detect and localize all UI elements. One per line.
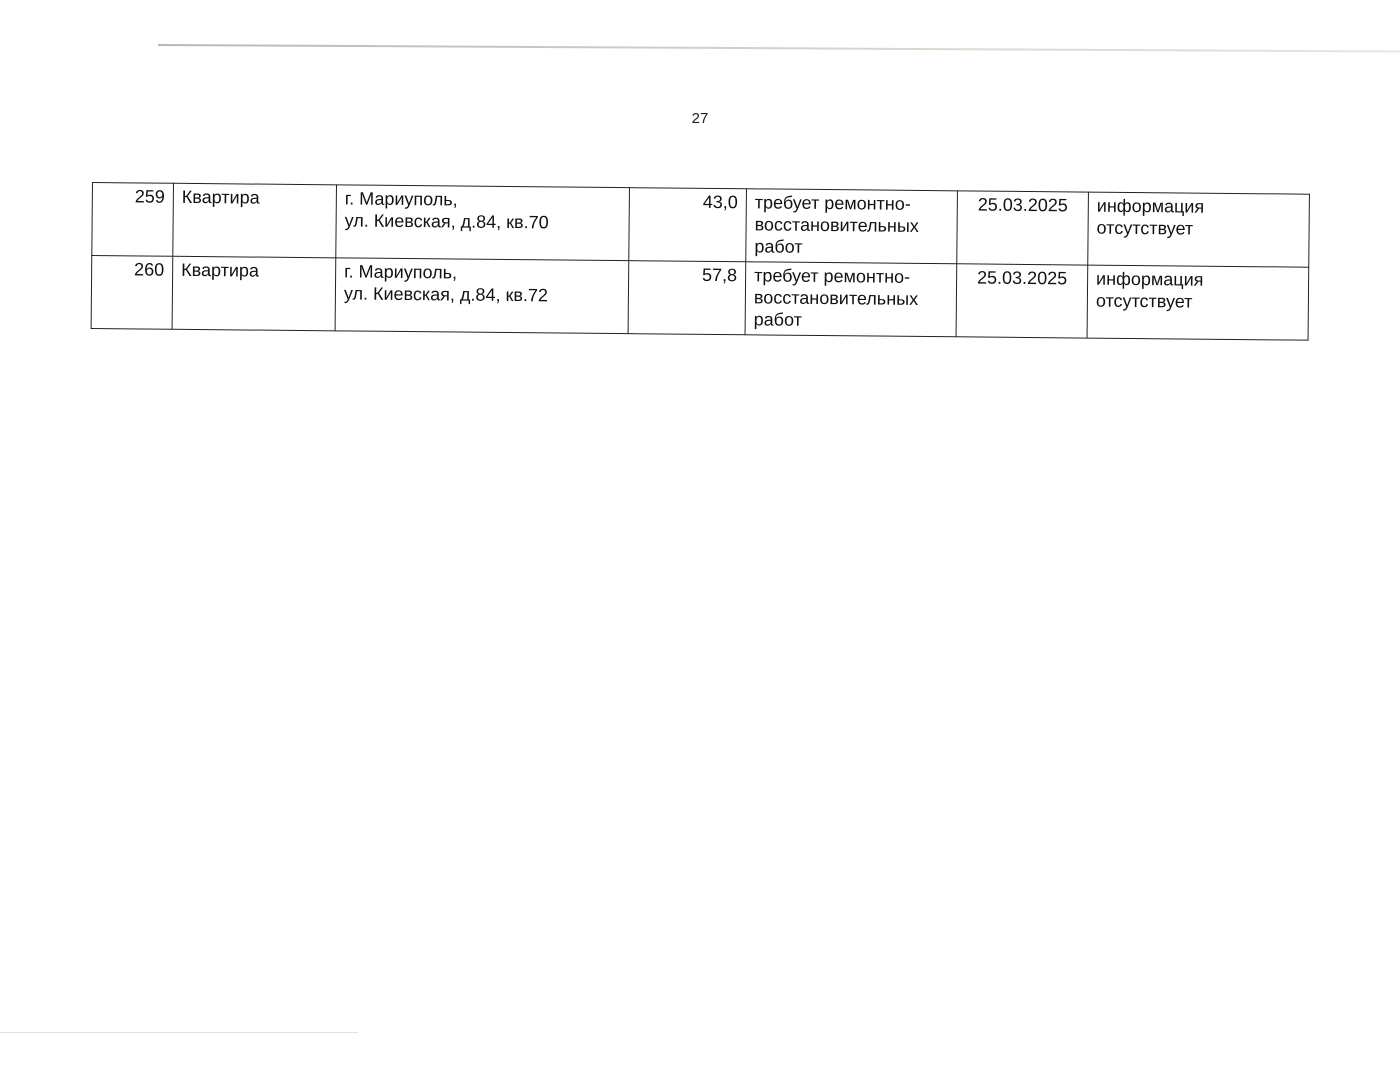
page-number: 27: [0, 110, 1400, 127]
table-row: 260 Квартира г. Мариуполь, ул. Киевская,…: [91, 256, 1309, 341]
address-city: г. Мариуполь,: [344, 260, 620, 285]
cell-condition: требует ремонтно- восстановительных рабо…: [745, 262, 957, 337]
cell-address: г. Мариуполь, ул. Киевская, д.84, кв.70: [336, 185, 630, 261]
cell-property-type: Квартира: [173, 183, 337, 258]
address-street: ул. Киевская, д.84, кв.72: [344, 282, 620, 307]
cell-info: информация отсутствует: [1087, 265, 1309, 340]
table-row: 259 Квартира г. Мариуполь, ул. Киевская,…: [92, 183, 1310, 268]
address-street: ул. Киевская, д.84, кв.70: [345, 209, 621, 234]
condition-line: требует ремонтно-: [754, 264, 948, 288]
condition-line: восстановительных: [755, 213, 949, 237]
condition-line: восстановительных: [754, 286, 948, 310]
cell-date: 25.03.2025: [957, 191, 1089, 265]
condition-line: работ: [754, 308, 948, 332]
condition-line: требует ремонтно-: [755, 191, 949, 215]
info-line: информация: [1096, 268, 1300, 292]
cell-condition: требует ремонтно- восстановительных рабо…: [746, 189, 958, 264]
scan-edge-top: [158, 44, 1400, 53]
info-line: отсутствует: [1096, 290, 1300, 314]
scan-edge-bottom: [0, 1032, 358, 1033]
registry-table-container: 259 Квартира г. Мариуполь, ул. Киевская,…: [91, 182, 1310, 341]
cell-area: 57,8: [628, 261, 746, 335]
cell-info: информация отсутствует: [1088, 192, 1310, 267]
cell-number: 259: [92, 183, 174, 257]
cell-property-type: Квартира: [172, 256, 336, 331]
info-line: информация: [1097, 195, 1301, 219]
registry-table: 259 Квартира г. Мариуполь, ул. Киевская,…: [91, 182, 1310, 341]
cell-number: 260: [91, 256, 173, 330]
cell-area: 43,0: [629, 188, 747, 262]
condition-line: работ: [754, 235, 948, 259]
info-line: отсутствует: [1097, 217, 1301, 241]
cell-date: 25.03.2025: [956, 264, 1088, 338]
address-city: г. Мариуполь,: [345, 187, 621, 212]
cell-address: г. Мариуполь, ул. Киевская, д.84, кв.72: [335, 258, 629, 334]
